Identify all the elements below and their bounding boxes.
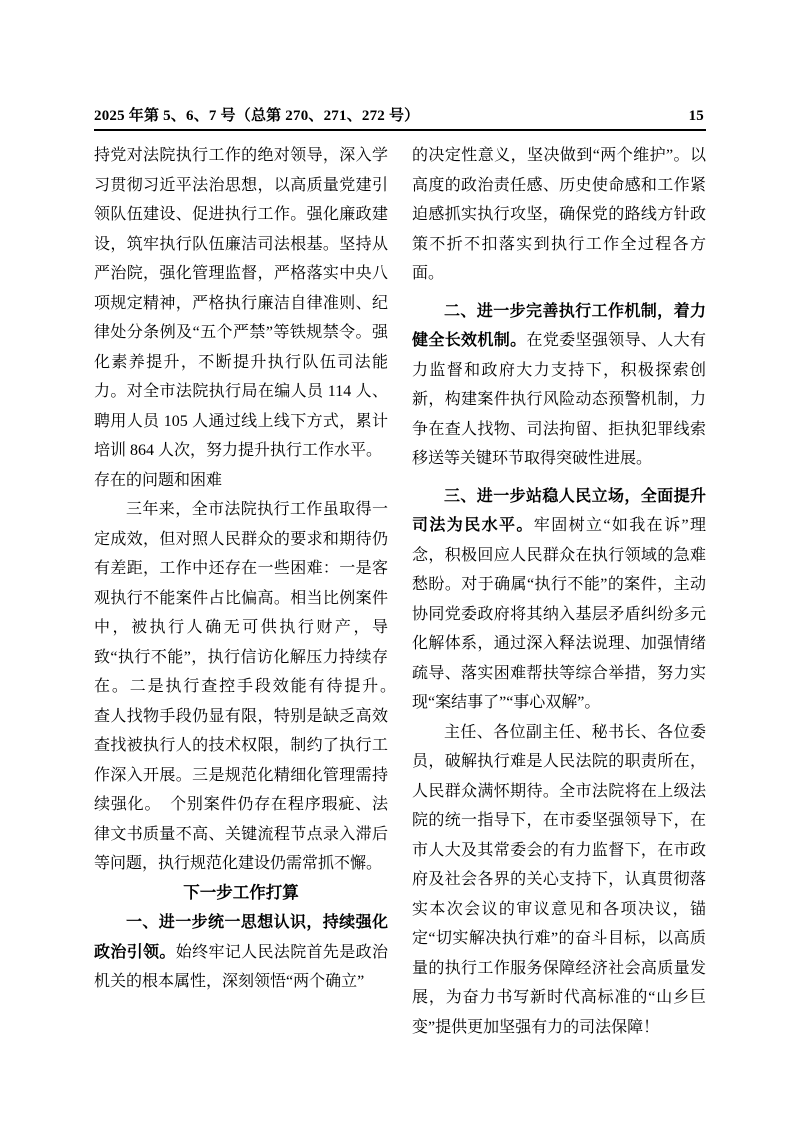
point-3-body-text: 牢固树立“如我在诉”理念，积极回应人民群众在执行领域的急难愁盼。对于确属“执行不… [412, 517, 706, 711]
page-number: 15 [689, 106, 706, 126]
paragraph-closing-address: 主任、各位副主任、秘书长、各位委员，破解执行难是人民法院的职责所在，人民群众满怀… [412, 718, 706, 1043]
paragraph-point-3-people-stance: 三、进一步站稳人民立场，全面提升司法为民水平。牢固树立“如我在诉”理念，积极回应… [412, 482, 706, 718]
section-heading-next-step-plans: 下一步工作打算 [94, 879, 388, 909]
left-column: 持党对法院执行工作的绝对领导，深入学习贯彻习近平法治思想，以高质量党建引领队伍建… [94, 141, 388, 1042]
point-2-body-text: 在党委坚强领导、人大有力监督和政府大力支持下，积极探索创新，构建案件执行风险动态… [412, 332, 706, 467]
paragraph-point-1-political-guidance: 一、进一步统一思想认识，持续强化政治引领。始终牢记人民法院首先是政治机关的根本属… [94, 908, 388, 997]
page-header: 2025 年第 5、6、7 号（总第 270、271、272 号） 15 [94, 106, 706, 131]
paragraph-three-difficulties: 三年来，全市法院执行工作虽取得一定成效，但对照人民群众的要求和期待仍有差距，工作… [94, 495, 388, 879]
right-column: 的决定性意义，坚决做到“两个维护”。以高度的政治责任感、历史使命感和工作紧迫感抓… [412, 141, 706, 1042]
paragraph-point-1-continuation: 的决定性意义，坚决做到“两个维护”。以高度的政治责任感、历史使命感和工作紧迫感抓… [412, 141, 706, 289]
document-page: 2025 年第 5、6、7 号（总第 270、271、272 号） 15 持党对… [0, 0, 794, 1122]
journal-issue-line: 2025 年第 5、6、7 号（总第 270、271、272 号） [94, 106, 419, 126]
paragraph-point-2-work-mechanism: 二、进一步完善执行工作机制，着力健全长效机制。在党委坚强领导、人大有力监督和政府… [412, 297, 706, 474]
two-column-body: 持党对法院执行工作的绝对领导，深入学习贯彻习近平法治思想，以高质量党建引领队伍建… [94, 141, 706, 1042]
subheading-problems-and-difficulties: 存在的问题和困难 [94, 466, 388, 496]
paragraph-party-leadership-continuation: 持党对法院执行工作的绝对领导，深入学习贯彻习近平法治思想，以高质量党建引领队伍建… [94, 141, 388, 466]
